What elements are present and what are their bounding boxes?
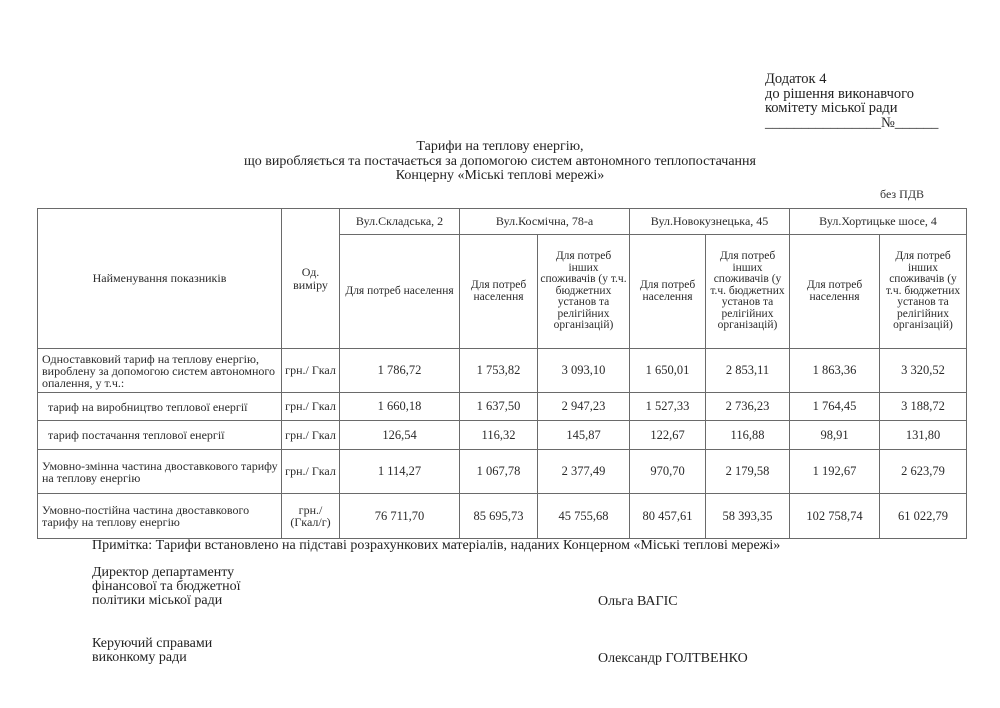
document-title: Тарифи на теплову енергію, що виробляєть… xyxy=(0,140,1000,184)
indicator-name: Умовно-змінна частина двоставкового тари… xyxy=(38,450,282,494)
tariff-value: 2 377,49 xyxy=(538,450,630,494)
indicator-name: Одноставковий тариф на теплову енергію, … xyxy=(38,349,282,393)
tariff-value: 2 623,79 xyxy=(880,450,967,494)
signature-2-position-line: Керуючий справами xyxy=(92,637,212,651)
signature-1-position: Директор департаменту фінансової та бюдж… xyxy=(92,566,240,608)
tariff-value: 80 457,61 xyxy=(630,494,706,539)
indicator-name: тариф на виробництво теплової енергії xyxy=(38,393,282,421)
table-row: Умовно-постійна частина двоставкового та… xyxy=(38,494,967,539)
tariff-value: 116,88 xyxy=(706,421,790,450)
signature-2-position-line: виконкому ради xyxy=(92,651,212,665)
unit-cell: грн./ (Гкал/г) xyxy=(282,494,340,539)
title-line-3: Концерну «Міські теплові мережі» xyxy=(0,169,1000,184)
tariff-value: 122,67 xyxy=(630,421,706,450)
tariff-value: 145,87 xyxy=(538,421,630,450)
tariff-value: 1 660,18 xyxy=(340,393,460,421)
tariff-value: 98,91 xyxy=(790,421,880,450)
indicator-name: тариф постачання теплової енергії xyxy=(38,421,282,450)
unit-cell: грн./ Гкал xyxy=(282,349,340,393)
signature-1-position-line: Директор департаменту xyxy=(92,566,240,580)
table-row: Умовно-змінна частина двоставкового тари… xyxy=(38,450,967,494)
indicator-name: Умовно-постійна частина двоставкового та… xyxy=(38,494,282,539)
tariff-value: 85 695,73 xyxy=(460,494,538,539)
unit-cell: грн./ Гкал xyxy=(282,421,340,450)
tariff-value: 1 753,82 xyxy=(460,349,538,393)
tariff-value: 3 320,52 xyxy=(880,349,967,393)
header-other-consumers: Для потреб інших споживачів (у т.ч. бюдж… xyxy=(880,235,967,349)
tariff-value: 970,70 xyxy=(630,450,706,494)
header-population: Для потреб населення xyxy=(340,235,460,349)
tariff-value: 1 786,72 xyxy=(340,349,460,393)
signature-1-position-line: фінансової та бюджетної xyxy=(92,580,240,594)
tariff-value: 1 650,01 xyxy=(630,349,706,393)
tariff-value: 1 637,50 xyxy=(460,393,538,421)
tariff-value: 3 188,72 xyxy=(880,393,967,421)
tariff-value: 1 067,78 xyxy=(460,450,538,494)
tariff-value: 102 758,74 xyxy=(790,494,880,539)
table-row: Одноставковий тариф на теплову енергію, … xyxy=(38,349,967,393)
tariff-value: 2 947,23 xyxy=(538,393,630,421)
tariff-value: 126,54 xyxy=(340,421,460,450)
tariff-value: 131,80 xyxy=(880,421,967,450)
header-address-2: Вул.Космічна, 78-а xyxy=(460,209,630,235)
tariff-value: 3 093,10 xyxy=(538,349,630,393)
header-other-consumers: Для потреб інших споживачів (у т.ч. бюдж… xyxy=(706,235,790,349)
table-row: тариф постачання теплової енергіїгрн./ Г… xyxy=(38,421,967,450)
vat-note: без ПДВ xyxy=(880,187,924,202)
unit-cell: грн./ Гкал xyxy=(282,450,340,494)
annex-committee: комітету міської ради xyxy=(765,101,938,116)
annex-decision: до рішення виконавчого xyxy=(765,87,938,102)
tariff-value: 2 179,58 xyxy=(706,450,790,494)
annex-reference: Додаток 4 до рішення виконавчого комітет… xyxy=(765,72,938,130)
tariff-value: 1 192,67 xyxy=(790,450,880,494)
signature-1-position-line: політики міської ради xyxy=(92,594,240,608)
header-other-consumers: Для потреб інших споживачів (у т.ч. бюдж… xyxy=(538,235,630,349)
tariff-value: 1 863,36 xyxy=(790,349,880,393)
tariff-value: 61 022,79 xyxy=(880,494,967,539)
header-address-4: Вул.Хортицьке шосе, 4 xyxy=(790,209,967,235)
unit-cell: грн./ Гкал xyxy=(282,393,340,421)
signature-1-name: Ольга ВАГІС xyxy=(598,594,678,610)
annex-number: Додаток 4 xyxy=(765,72,938,87)
tariff-value: 1 527,33 xyxy=(630,393,706,421)
header-population: Для потреб населення xyxy=(460,235,538,349)
header-indicator-name: Найменування показників xyxy=(38,209,282,349)
signature-2-position: Керуючий справами виконкому ради xyxy=(92,637,212,665)
tariff-value: 1 114,27 xyxy=(340,450,460,494)
header-population: Для потреб населення xyxy=(790,235,880,349)
header-population: Для потреб населення xyxy=(630,235,706,349)
signature-2-name: Олександр ГОЛТВЕНКО xyxy=(598,651,748,667)
table-note: Примітка: Тарифи встановлено на підставі… xyxy=(92,538,780,554)
header-address-3: Вул.Новокузнецька, 45 xyxy=(630,209,790,235)
tariff-value: 116,32 xyxy=(460,421,538,450)
title-line-2: що виробляється та постачається за допом… xyxy=(0,155,1000,170)
tariff-value: 58 393,35 xyxy=(706,494,790,539)
tariff-value: 45 755,68 xyxy=(538,494,630,539)
annex-number-blank: ________________№______ xyxy=(765,116,938,131)
tariff-value: 2 736,23 xyxy=(706,393,790,421)
tariff-value: 2 853,11 xyxy=(706,349,790,393)
tariffs-table: Найменування показників Од. виміру Вул.С… xyxy=(37,208,967,539)
header-address-1: Вул.Складська, 2 xyxy=(340,209,460,235)
table-row: тариф на виробництво теплової енергіїгрн… xyxy=(38,393,967,421)
title-line-1: Тарифи на теплову енергію, xyxy=(0,140,1000,155)
tariff-value: 1 764,45 xyxy=(790,393,880,421)
header-unit: Од. виміру xyxy=(282,209,340,349)
tariff-value: 76 711,70 xyxy=(340,494,460,539)
